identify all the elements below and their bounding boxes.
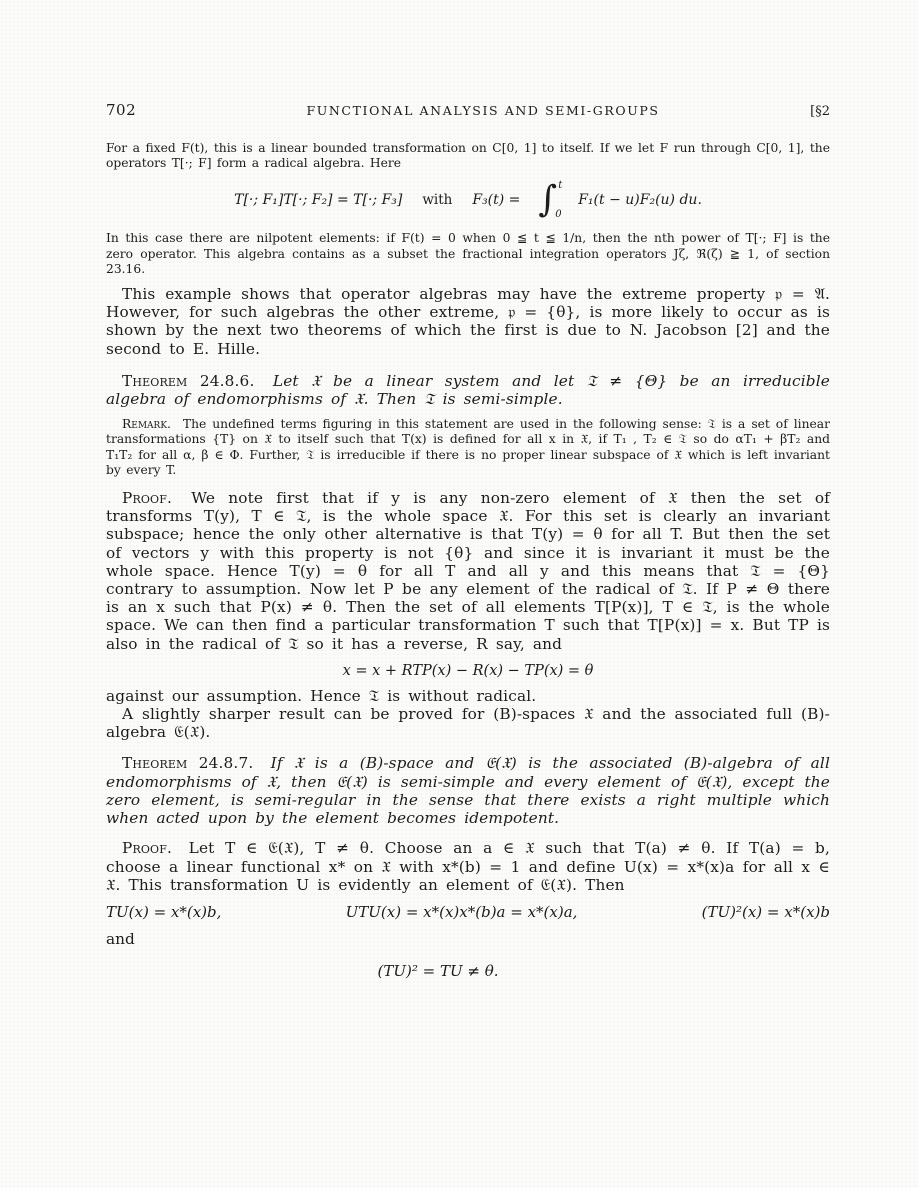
running-head: 702 FUNCTIONAL ANALYSIS AND SEMI-GROUPS … <box>106 101 830 119</box>
equation-connector-word: with <box>416 192 458 208</box>
display-equation-2: UTU(x) = x*(x)x*(b)a = x*(x)a, <box>346 903 578 921</box>
equation-integrand: F₁(t − u)F₂(u) du. <box>578 192 702 208</box>
page-content: 702 FUNCTIONAL ANALYSIS AND SEMI-GROUPS … <box>106 0 830 980</box>
display-equation-3: (TU)²(x) = x*(x)b <box>702 903 830 921</box>
paragraph-radical-algebra: For a fixed F(t), this is a linear bound… <box>106 141 830 171</box>
remark-text: The undefined terms figuring in this sta… <box>106 417 830 477</box>
theorem-24-8-7-label: Theorem 24.8.7. <box>122 754 253 772</box>
equation-left-side: T[·; F₁]T[·; F₂] = T[·; F₃] <box>234 192 402 208</box>
scanned-book-page: { "header": { "page_number": "702", "tit… <box>0 0 918 1188</box>
remark-block: Remark. The undefined terms figuring in … <box>106 417 830 478</box>
proof-24-8-7-label: Proof. <box>122 839 172 857</box>
theorem-24-8-7: Theorem 24.8.7. If 𝔛 is a (B)-space and … <box>106 754 830 827</box>
paragraph-nilpotent: In this case there are nilpotent element… <box>106 231 830 277</box>
page-number: 702 <box>106 101 196 119</box>
radical-equation: x = x + RTP(x) − R(x) − TP(x) = θ <box>106 663 830 679</box>
section-mark: [§2 <box>770 104 830 119</box>
remark-label: Remark. <box>122 417 171 431</box>
theorem-24-8-6-label: Theorem 24.8.6. <box>122 372 254 390</box>
final-equation: (TU)² = TU ≠ θ. <box>106 962 830 980</box>
integral-sign: ∫ t 0 <box>538 179 562 221</box>
proof-24-8-7-text: Let T ∈ 𝔈(𝔛), T ≠ θ. Choose an a ∈ 𝔛 suc… <box>106 839 830 893</box>
display-equation-1: TU(x) = x*(x)b, <box>106 903 221 921</box>
integral-lower-limit: 0 <box>555 209 562 220</box>
proof-24-8-6-text: We note first that if y is any non-zero … <box>106 489 830 653</box>
display-equation-row: TU(x) = x*(x)b, UTU(x) = x*(x)x*(b)a = x… <box>106 903 830 921</box>
equation-f3-definition: F₃(t) = <box>472 192 520 208</box>
connector-and: and <box>106 930 830 948</box>
convolution-equation: T[·; F₁]T[·; F₂] = T[·; F₃] with F₃(t) =… <box>106 177 830 223</box>
paragraph-sharper-result: A slightly sharper result can be proved … <box>106 705 830 741</box>
proof-24-8-6: Proof. We note first that if y is any no… <box>106 489 830 653</box>
paragraph-against-assumption: against our assumption. Hence 𝔗 is witho… <box>106 687 830 705</box>
proof-24-8-7: Proof. Let T ∈ 𝔈(𝔛), T ≠ θ. Choose an a … <box>106 839 830 894</box>
proof-24-8-6-label: Proof. <box>122 489 172 507</box>
paragraph-example: This example shows that operator algebra… <box>106 285 830 358</box>
integral-limits: t 0 <box>558 179 562 221</box>
book-title: FUNCTIONAL ANALYSIS AND SEMI-GROUPS <box>196 103 770 118</box>
integral-upper-limit: t <box>558 180 562 191</box>
theorem-24-8-6: Theorem 24.8.6. Let 𝔛 be a linear system… <box>106 372 830 408</box>
